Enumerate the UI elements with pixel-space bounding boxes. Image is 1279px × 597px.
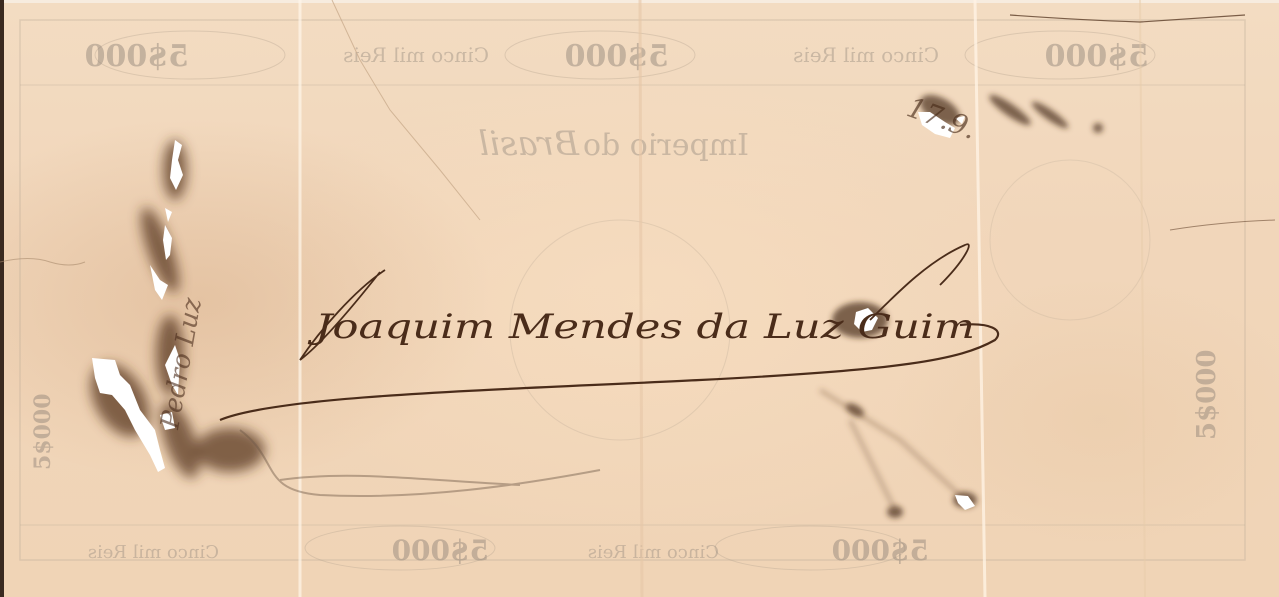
- signature-text: Joaquim Mendes da Luz Guim: [307, 307, 975, 347]
- banknote-scan: 5$000 Cinco mil Reis 5$000 Cinco mil Rei…: [0, 0, 1279, 597]
- handwriting: Joaquim Mendes da Luz Guim Pedro Luz 17.…: [0, 0, 1279, 597]
- left-vertical-notation: Pedro Luz: [155, 295, 208, 432]
- faded-signature: [240, 430, 600, 496]
- top-right-notation: 17.9.: [903, 91, 981, 146]
